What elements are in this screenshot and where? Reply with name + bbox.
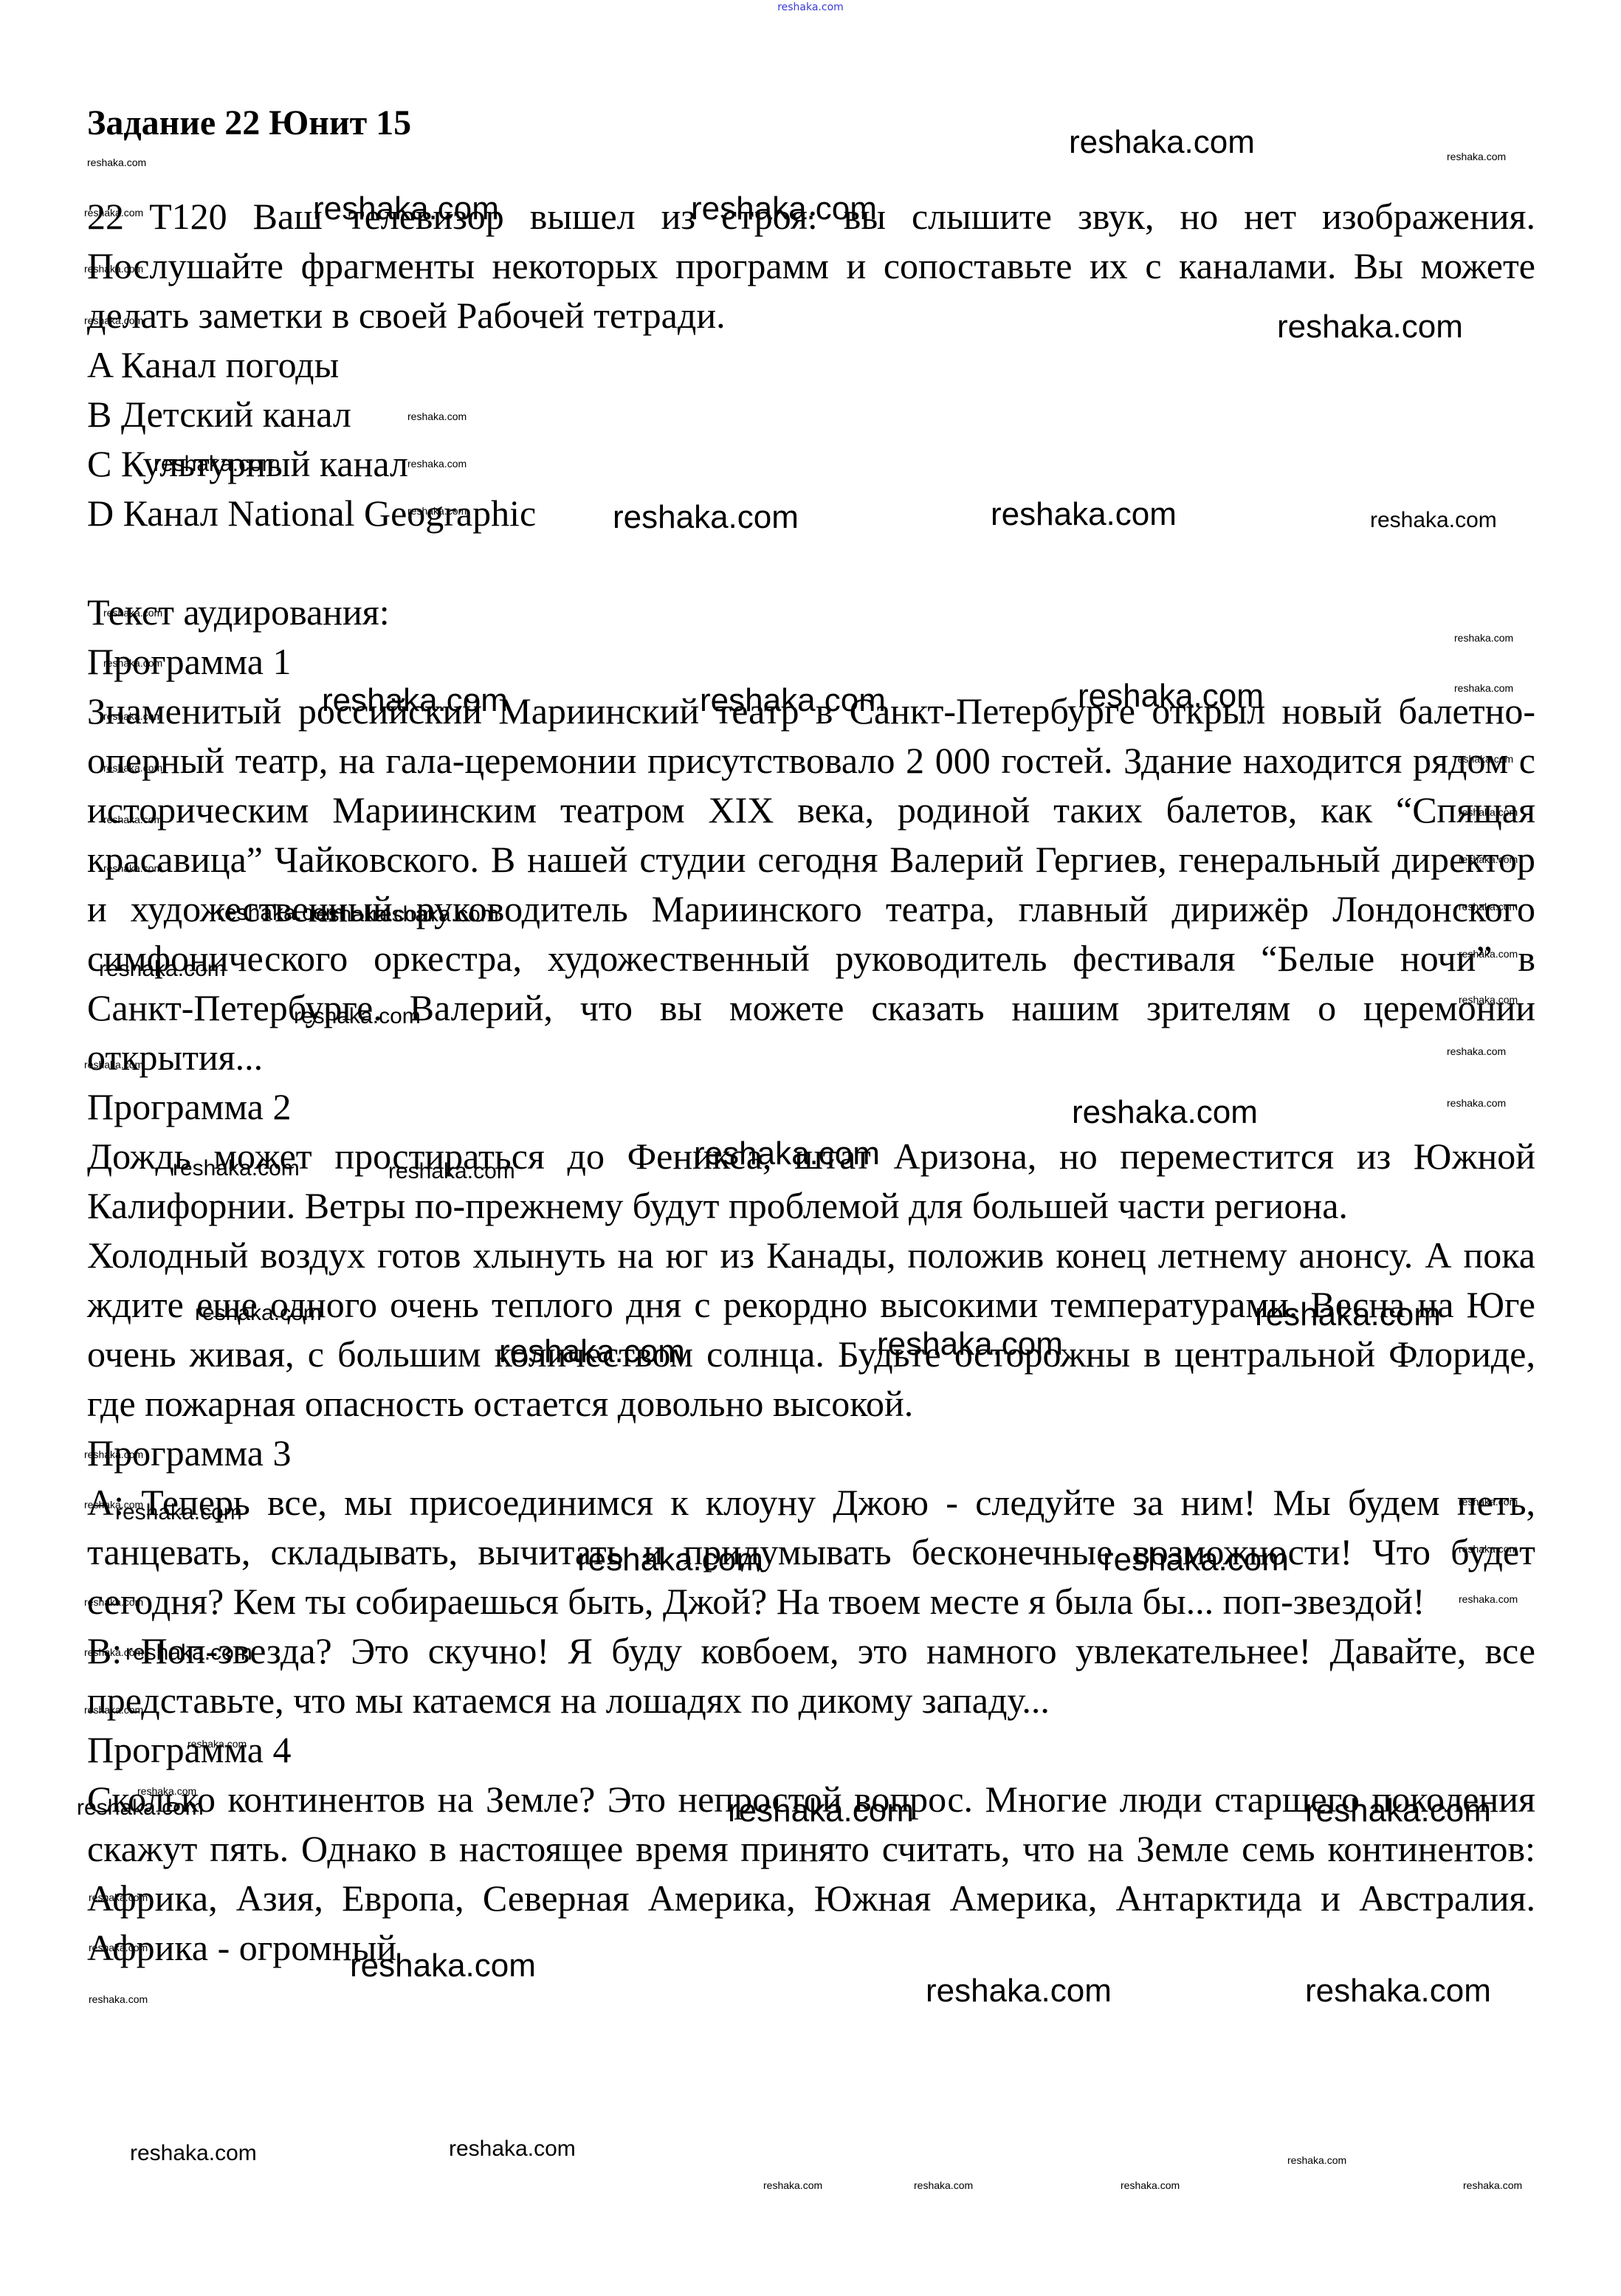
- dialogue-line-a: A: Теперь все, мы присоединимся к клоуну…: [87, 1478, 1535, 1626]
- watermark: reshaka.com: [1463, 2179, 1522, 2191]
- option-b: B Детский канал: [87, 390, 1535, 439]
- option-c: C Культурный канал: [87, 439, 1535, 489]
- watermark: reshaka.com: [89, 1993, 148, 2005]
- program-3: Программа 3 A: Теперь все, мы присоедини…: [87, 1429, 1535, 1725]
- program-title: Программа 3: [87, 1429, 1535, 1478]
- watermark: reshaka.com: [926, 1973, 1112, 2010]
- watermark: reshaka.com: [1121, 2179, 1180, 2191]
- option-a: A Канал погоды: [87, 340, 1535, 390]
- program-title: Программа 2: [87, 1082, 1535, 1132]
- program-title: Программа 1: [87, 637, 1535, 687]
- watermark: reshaka.com: [449, 2137, 576, 2162]
- dialogue-line-b: B: Поп-звезда? Это скучно! Я буду ковбое…: [87, 1626, 1535, 1725]
- channel-options: A Канал погоды B Детский канал C Культур…: [87, 340, 1535, 538]
- watermark: reshaka.com: [1305, 1973, 1491, 2010]
- program-1: Программа 1 Знаменитый российский Мариин…: [87, 637, 1535, 1082]
- program-text: Холодный воздух готов хлынуть на юг из К…: [87, 1231, 1535, 1429]
- program-text: Знаменитый российский Мариинский театр в…: [87, 687, 1535, 1082]
- program-title: Программа 4: [87, 1725, 1535, 1775]
- task-intro: 22 T120 Ваш телевизор вышел из строя: вы…: [87, 192, 1535, 340]
- watermark: reshaka.com: [914, 2179, 973, 2191]
- program-text: Сколько континентов на Земле? Это непрос…: [87, 1775, 1535, 1973]
- program-text: Дождь может простираться до Феникса, шта…: [87, 1132, 1535, 1231]
- watermark: reshaka.com: [763, 2179, 822, 2191]
- watermark: reshaka.com: [1287, 2154, 1346, 2166]
- option-d: D Канал National Geographic: [87, 489, 1535, 538]
- site-link[interactable]: reshaka.com: [0, 1, 1621, 13]
- program-4: Программа 4 Сколько континентов на Земле…: [87, 1725, 1535, 1973]
- document-page: Задание 22 Юнит 15 22 T120 Ваш телевизор…: [87, 102, 1535, 1973]
- program-2: Программа 2 Дождь может простираться до …: [87, 1082, 1535, 1429]
- transcript-heading: Текст аудирования:: [87, 588, 1535, 637]
- page-title: Задание 22 Юнит 15: [87, 102, 1535, 145]
- watermark: reshaka.com: [130, 2141, 257, 2166]
